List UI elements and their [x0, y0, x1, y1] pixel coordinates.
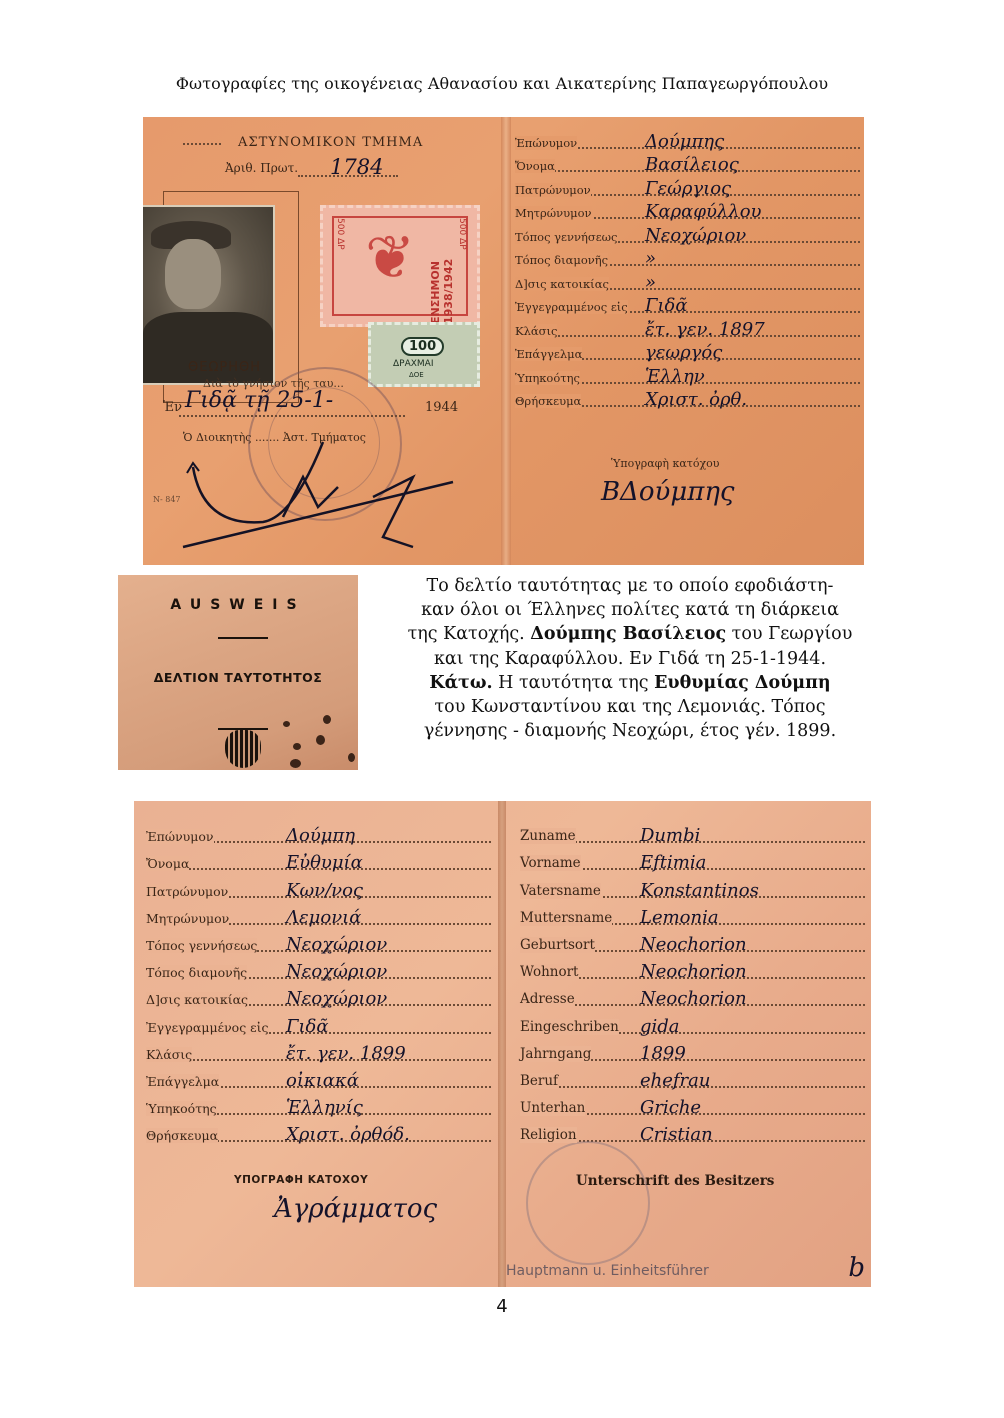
field-row: ΜητρώνυμονΚαραφύλλου: [515, 200, 860, 224]
field-label: Geburtsort: [520, 937, 595, 953]
field-label: Ἐπάγγελμα: [515, 347, 582, 361]
field-value: Lemonia: [640, 907, 719, 928]
field-label: Τόπος διαμονῆς: [515, 253, 608, 267]
field-label: Religion: [520, 1127, 577, 1143]
field-label: Ἐπώνυμον: [515, 136, 577, 150]
caption-text: Η ταυτότητα της: [493, 673, 655, 693]
dotted-line: [183, 143, 221, 145]
photo-caption: Το δελτίο ταυτότητας με το οποίο εφοδιάσ…: [365, 574, 895, 743]
field-label: Ὑπηκοότης: [515, 371, 580, 385]
field-value: Neochorion: [640, 988, 747, 1009]
stamp-value: 500 ΔΡ: [335, 218, 345, 250]
field-value: Νεοχώριον: [286, 988, 387, 1009]
field-row: Ἐπάγγελμαοἰκιακά: [146, 1065, 491, 1092]
field-value: Κων/νος: [286, 880, 363, 901]
field-value: γεωργός: [645, 342, 722, 363]
field-value: οἰκιακά: [286, 1070, 359, 1091]
field-row: ZunameDumbi: [520, 820, 865, 847]
field-row: VatersnameKonstantinos: [520, 874, 865, 901]
field-row: Berufehefrau: [520, 1065, 865, 1092]
page-header: Φωτογραφίες της οικογένειας Αθανασίου κα…: [0, 74, 1004, 93]
commander-signature: [173, 437, 483, 557]
leaf-ornament-icon: [225, 730, 261, 768]
field-label: Wohnort: [520, 964, 578, 980]
stamp-currency: ΔΡΑΧΜΑΙ: [393, 359, 433, 369]
field-value: Λεμονιά: [286, 907, 361, 928]
place-date-value: Γιδᾷ τῇ 25-1-: [185, 388, 333, 413]
field-label: Adresse: [520, 991, 575, 1007]
field-row: Δ]σις κατοικίας»: [515, 270, 860, 294]
ink-spot: [348, 753, 355, 762]
holder-signature-label: Ὑπογραφὴ κατόχου: [611, 457, 719, 470]
field-label: Ὄνομα: [146, 856, 189, 871]
field-value: Konstantinos: [640, 880, 759, 901]
field-row: ἘπώνυμονΔούμπη: [146, 820, 491, 847]
caption-bold: Κάτω.: [429, 673, 492, 693]
field-value: Dumbi: [640, 825, 700, 846]
page-number: 4: [0, 1296, 1004, 1317]
field-label: Vorname: [520, 855, 581, 871]
caption-line: Κάτω. Η ταυτότητα της Ευθυμίας Δούμπη: [365, 671, 895, 695]
stamp-value: 500 ΔΡ: [457, 218, 467, 250]
field-value: Δούμπη: [286, 825, 355, 846]
field-label: Θρήσκευμα: [146, 1128, 218, 1143]
holder-signature-label: ΥΠΟΓΡΑΦΗ ΚΑΤΟΧΟΥ: [234, 1174, 368, 1186]
field-label: Δ]σις κατοικίας: [146, 992, 248, 1007]
field-label: Vatersname: [520, 883, 601, 899]
field-label: Jahrngang: [520, 1046, 591, 1062]
caption-line: Το δελτίο ταυτότητας με το οποίο εφοδιάσ…: [365, 574, 895, 598]
field-list: ZunameDumbiVornameEftimiaVatersnameKonst…: [520, 820, 865, 1146]
field-value: Καραφύλλου: [645, 201, 761, 222]
field-label: Τόπος γεννήσεως: [146, 938, 257, 953]
official-seal: [526, 1141, 650, 1265]
field-value: Δούμπης: [645, 131, 724, 152]
field-value: Γεώργιος: [645, 178, 731, 199]
field-row: Ἐγγεγραμμένος εἰςΓιδᾶ: [146, 1010, 491, 1037]
stamp-text: ΕΝΣΗΜΟΝ 1938/1942: [429, 218, 455, 324]
field-value: Χριστ. ὀρθόδ.: [286, 1124, 410, 1145]
field-value: »: [645, 272, 656, 293]
visa-title: ΘΕΩΡΗΘΗ: [188, 360, 261, 375]
officer-signature: b: [848, 1253, 865, 1283]
ink-spot: [283, 721, 290, 727]
field-value: Γιδᾶ: [645, 295, 688, 316]
field-row: ReligionCristian: [520, 1119, 865, 1146]
field-row: ὌνομαΒασίλειος: [515, 153, 860, 177]
caption-line: γέννησης - διαμονής Νεοχώρι, έτος γέν. 1…: [365, 719, 895, 743]
department-title: ΑΣΤΥΝΟΜΙΚΟΝ ΤΜΗΜΑ: [238, 135, 423, 150]
eagle-icon: ❦: [365, 228, 415, 288]
field-label: Δ]σις κατοικίας: [515, 277, 609, 291]
stamp-value: 100: [401, 337, 444, 356]
field-row: Jahrngang1899: [520, 1038, 865, 1065]
field-value: Ἑλλην: [645, 366, 705, 387]
ink-spot: [293, 743, 301, 750]
cover-title-greek: ΔΕΛΤΙΟΝ ΤΑΥΤΟΤΗΤΟΣ: [118, 670, 358, 685]
field-label: Beruf: [520, 1073, 558, 1089]
id-card-right-panel: ZunameDumbiVornameEftimiaVatersnameKonst…: [506, 801, 871, 1287]
card-fold: [501, 117, 511, 565]
caption-name-bold: Ευθυμίας Δούμπη: [654, 673, 831, 693]
caption-text: της Κατοχής.: [408, 624, 531, 644]
field-row: Δ]σις κατοικίαςΝεοχώριον: [146, 983, 491, 1010]
id-card-left-panel: ἘπώνυμονΔούμπηὌνομαΕὐθυμίαΠατρώνυμονΚων/…: [134, 801, 498, 1287]
ink-spot: [323, 715, 331, 724]
field-value: Χριστ. ὀρθ.: [645, 389, 747, 410]
id-card-left-panel: ΑΣΤΥΝΟΜΙΚΟΝ ΤΜΗΜΑ Ἀριθ. Πρωτ. 1784 500 Δ…: [143, 117, 501, 565]
protocol-label: Ἀριθ. Πρωτ.: [225, 161, 298, 175]
id-card-photo-vasileios: ΑΣΤΥΝΟΜΙΚΟΝ ΤΜΗΜΑ Ἀριθ. Πρωτ. 1784 500 Δ…: [143, 117, 864, 565]
field-row: Τόπος γεννήσεωςΝεοχώριον: [146, 929, 491, 956]
caption-line: καν όλοι οι Έλληνες πολίτες κατά τη διάρ…: [365, 598, 895, 622]
field-row: UnterhanGriche: [520, 1092, 865, 1119]
ink-spot: [290, 759, 301, 768]
field-list: ἘπώνυμονΔούμπηὌνομαΕὐθυμίαΠατρώνυμονΚων/…: [146, 820, 491, 1146]
field-value: Γιδᾶ: [286, 1016, 329, 1037]
field-row: Κλάσιςἔτ. γεν. 1897: [515, 317, 860, 341]
field-value: 1899: [640, 1043, 686, 1064]
field-label: Muttersname: [520, 910, 612, 926]
field-label: Ἐπώνυμον: [146, 829, 214, 844]
field-row: ἘπώνυμονΔούμπης: [515, 129, 860, 153]
field-label: Πατρώνυμον: [515, 183, 591, 197]
field-label: Zuname: [520, 828, 576, 844]
field-value: Ἑλληνίς: [286, 1097, 363, 1118]
field-row: ΘρήσκευμαΧριστ. ὀρθόδ.: [146, 1119, 491, 1146]
officer-stamp-label: Hauptmann u. Einheitsführer: [506, 1263, 709, 1279]
id-card-evthymia: ἘπώνυμονΔούμπηὌνομαΕὐθυμίαΠατρώνυμονΚων/…: [134, 801, 871, 1287]
revenue-stamp-green: 100 ΔΡΑΧΜΑΙ ΔΟΕ: [368, 322, 480, 387]
field-label: Ἐγγεγραμμένος εἰς: [146, 1020, 269, 1035]
field-value: Εὐθυμία: [286, 852, 363, 873]
field-value: Νεοχώριον: [645, 225, 746, 246]
field-row: ΠατρώνυμονΚων/νος: [146, 874, 491, 901]
holder-signature: Ἀγράμματος: [274, 1194, 437, 1224]
field-value: ehefrau: [640, 1070, 711, 1091]
field-row: Eingeschribengida: [520, 1010, 865, 1037]
field-row: Κλάσιςἔτ. γεν. 1899: [146, 1038, 491, 1065]
field-label: Ἐγγεγραμμένος εἰς: [515, 300, 628, 314]
field-row: ΠατρώνυμονΓεώργιος: [515, 176, 860, 200]
stamp-issuer: ΔΟΕ: [409, 371, 424, 379]
caption-line: του Κωνσταντίνου και της Λεμονιάς. Τόπος: [365, 695, 895, 719]
caption-line: και της Καραφύλλου. Εν Γιδά τη 25-1-1944…: [365, 647, 895, 671]
field-row: Τόπος γεννήσεωςΝεοχώριον: [515, 223, 860, 247]
field-row: Τόπος διαμονῆς»: [515, 247, 860, 271]
field-row: VornameEftimia: [520, 847, 865, 874]
field-label: Κλάσις: [515, 324, 557, 338]
field-row: AdresseNeochorion: [520, 983, 865, 1010]
field-value: »: [645, 248, 656, 269]
field-label: Ἐπάγγελμα: [146, 1074, 219, 1089]
ink-spot: [316, 735, 325, 745]
field-row: GeburtsortNeochorion: [520, 929, 865, 956]
field-label: Τόπος γεννήσεως: [515, 230, 618, 244]
field-label: Μητρώνυμον: [146, 911, 229, 926]
field-label: Ὑπηκοότης: [146, 1101, 217, 1116]
place-label: Ἐν: [163, 400, 182, 415]
cover-title-german: AUSWEIS: [118, 597, 358, 613]
dotted-line: [179, 415, 405, 417]
holder-signature: ΒΔούμπης: [601, 477, 734, 507]
caption-line: της Κατοχής. Δούμπης Βασίλειος του Γεωργ…: [365, 622, 895, 646]
field-row: ΜητρώνυμονΛεμονιά: [146, 902, 491, 929]
card-fold: [498, 801, 506, 1287]
field-value: Νεοχώριον: [286, 961, 387, 982]
field-label: Unterhan: [520, 1100, 585, 1116]
field-value: Neochorion: [640, 934, 747, 955]
field-value: gida: [640, 1016, 680, 1037]
protocol-number: 1784: [330, 155, 383, 179]
field-value: Νεοχώριον: [286, 934, 387, 955]
field-row: Τόπος διαμονῆςΝεοχώριον: [146, 956, 491, 983]
face-shape: [165, 239, 221, 309]
field-value: Eftimia: [640, 852, 706, 873]
field-label: Eingeschriben: [520, 1019, 619, 1035]
field-row: ὌνομαΕὐθυμία: [146, 847, 491, 874]
caption-name-bold: Δούμπης Βασίλειος: [530, 624, 726, 644]
field-label: Τόπος διαμονῆς: [146, 965, 247, 980]
field-row: Ἐγγεγραμμένος εἰςΓιδᾶ: [515, 294, 860, 318]
field-value: ἔτ. γεν. 1897: [645, 319, 765, 340]
field-row: ὙπηκοότηςἙλληνίς: [146, 1092, 491, 1119]
id-card-right-panel: ἘπώνυμονΔούμπηςὌνομαΒασίλειοςΠατρώνυμονΓ…: [511, 117, 864, 565]
issue-year: 1944: [425, 400, 458, 415]
divider: [218, 637, 268, 639]
field-row: ΘρήσκευμαΧριστ. ὀρθ.: [515, 388, 860, 412]
field-label: Πατρώνυμον: [146, 884, 228, 899]
id-card-cover: AUSWEIS ΔΕΛΤΙΟΝ ΤΑΥΤΟΤΗΤΟΣ: [118, 575, 358, 770]
field-row: WohnortNeochorion: [520, 956, 865, 983]
caption-text: του Γεωργίου: [726, 624, 852, 644]
field-value: Cristian: [640, 1124, 713, 1145]
field-label: Μητρώνυμον: [515, 206, 592, 220]
field-label: Θρήσκευμα: [515, 394, 581, 408]
revenue-stamp-red: 500 ΔΡ ❦ ΕΝΣΗΜΟΝ 1938/1942 500 ΔΡ: [320, 205, 480, 327]
field-label: Κλάσις: [146, 1047, 192, 1062]
field-label: Ὄνομα: [515, 159, 555, 173]
field-value: Βασίλειος: [645, 154, 739, 175]
field-list: ἘπώνυμονΔούμπηςὌνομαΒασίλειοςΠατρώνυμονΓ…: [515, 129, 860, 411]
field-value: Neochorion: [640, 961, 747, 982]
field-row: MuttersnameLemonia: [520, 902, 865, 929]
field-row: ὙπηκοότηςἙλλην: [515, 364, 860, 388]
field-value: Griche: [640, 1097, 701, 1118]
portrait-photo: [143, 207, 273, 383]
field-value: ἔτ. γεν. 1899: [286, 1043, 406, 1064]
field-row: Ἐπάγγελμαγεωργός: [515, 341, 860, 365]
